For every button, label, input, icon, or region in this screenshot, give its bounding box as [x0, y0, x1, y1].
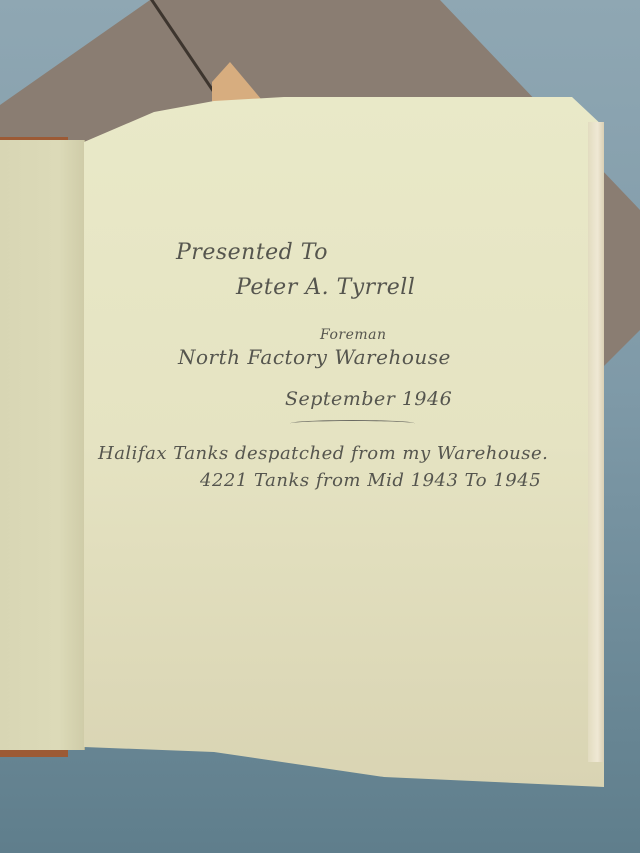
flourish-underline: [290, 420, 415, 427]
inscription-presented-to: Presented To: [176, 240, 328, 265]
inscription-date: September 1946: [285, 388, 452, 410]
left-flyleaf: [0, 140, 85, 750]
inscription-note-line1: Halifax Tanks despatched from my Warehou…: [98, 443, 548, 464]
inscription-role: Foreman: [320, 327, 387, 343]
page-block-edge: [588, 122, 604, 762]
inscription-recipient-name: Peter A. Tyrrell: [236, 275, 415, 300]
right-page: [84, 97, 604, 787]
photo-scene: Presented To Peter A. Tyrrell Foreman No…: [0, 0, 640, 853]
inscription-note-line2: 4221 Tanks from Mid 1943 To 1945: [200, 470, 541, 491]
inscription-workplace: North Factory Warehouse: [178, 345, 451, 369]
